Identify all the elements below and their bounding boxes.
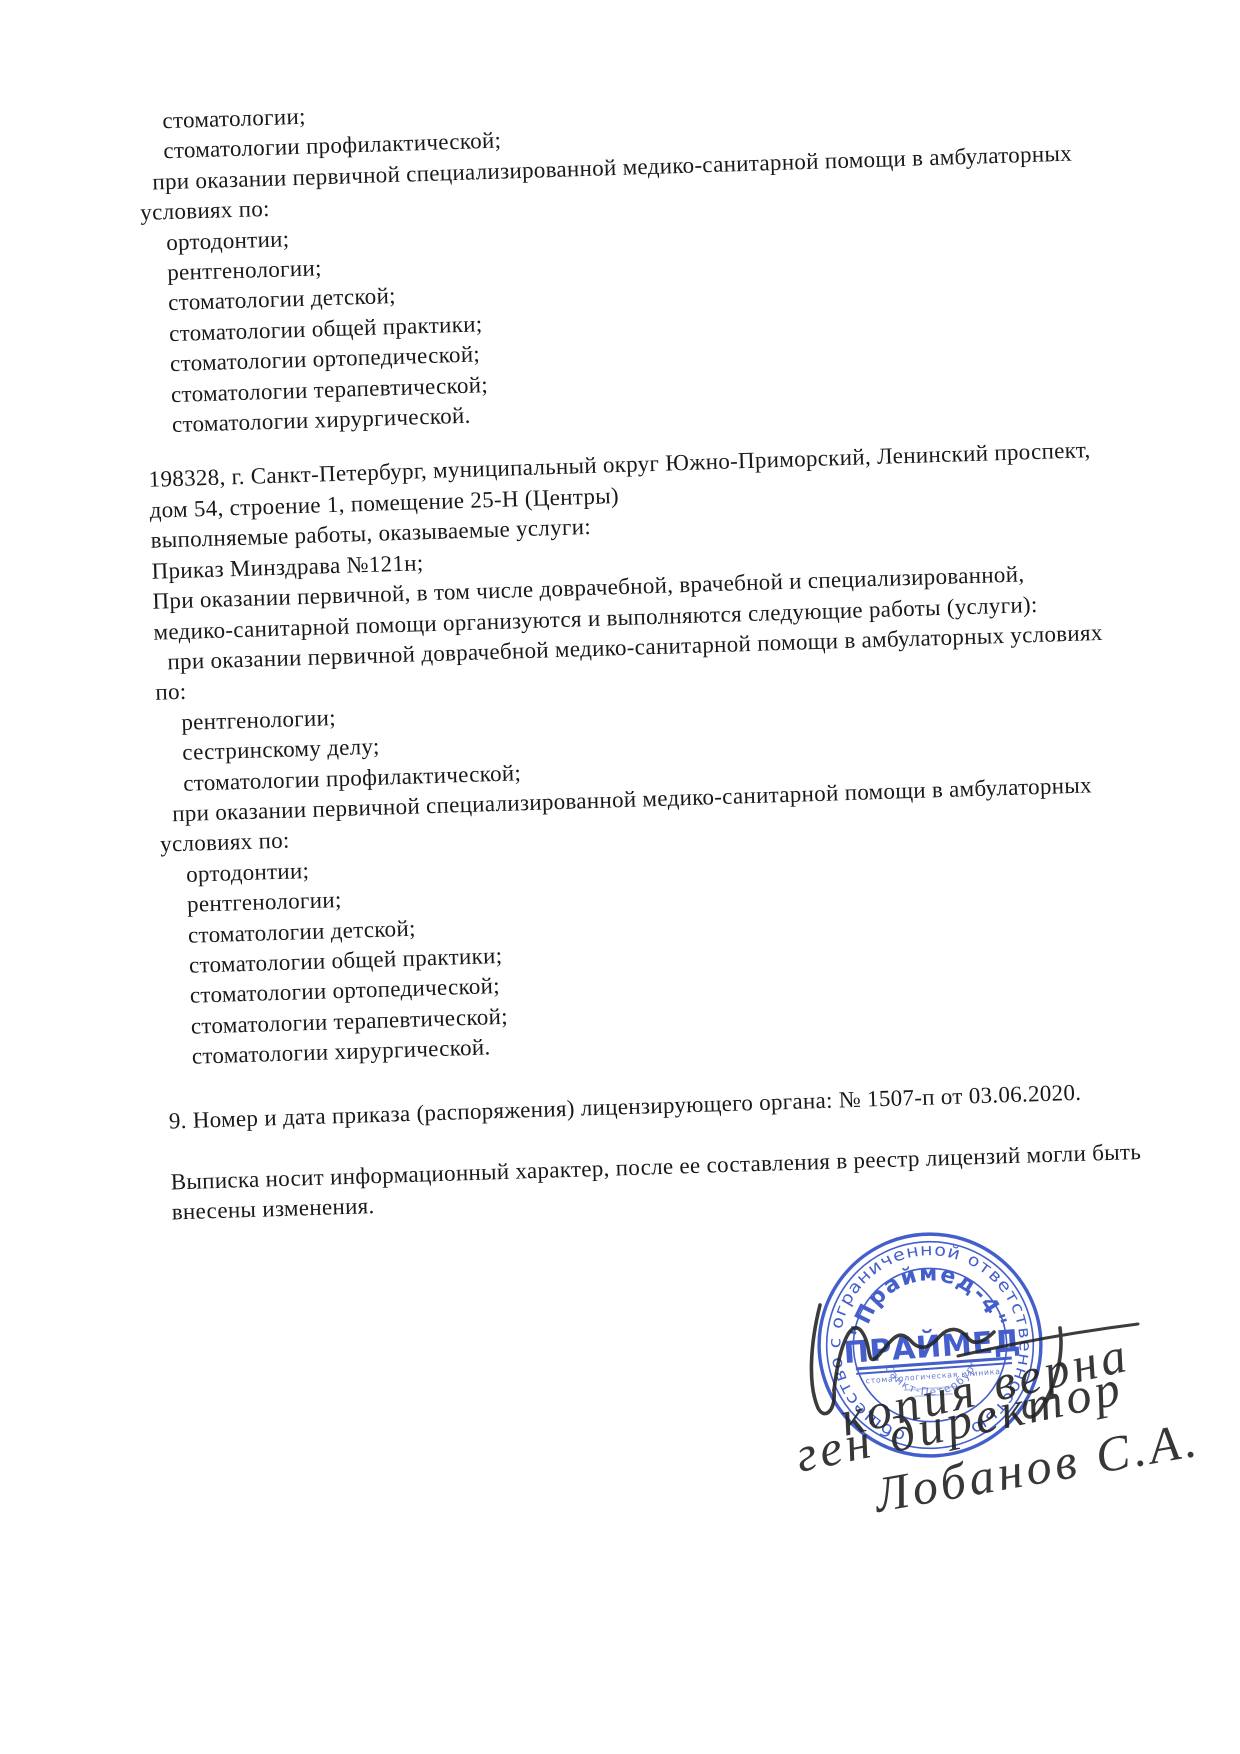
text-block-1: 198328, г. Санкт-Петербург, муниципальны… [148,432,1212,1073]
text-block-3: Выписка носит информационный характер, п… [170,1135,1216,1229]
text-line: 9. Номер и дата приказа (распоряжения) л… [168,1073,1213,1136]
handwritten-signature: копия верна ген директор Лобанов С.А. [760,1240,1240,1550]
document-page: стоматологии;стоматологии профилактическ… [0,0,1240,1754]
text-block-2: 9. Номер и дата приказа (распоряжения) л… [168,1073,1213,1136]
document-text-block: стоматологии;стоматологии профилактическ… [137,74,1217,1228]
text-block-0: стоматологии;стоматологии профилактическ… [137,74,1192,441]
